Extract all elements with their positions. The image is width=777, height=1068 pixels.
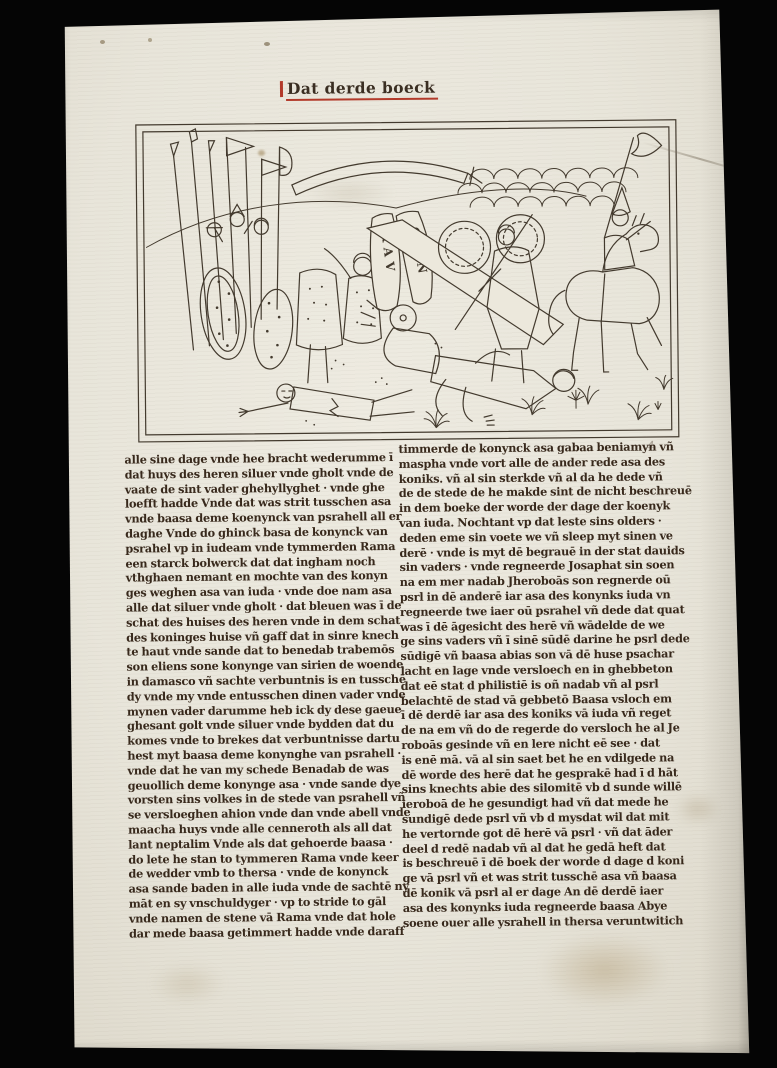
pennant-flag-icon — [262, 159, 286, 175]
page-heading-row: Dat derde boeck — [280, 78, 438, 102]
horse-head — [626, 224, 658, 251]
flag-icon — [631, 133, 661, 156]
fallen-soldier-left — [239, 383, 414, 422]
rubric-paragraph-mark — [280, 81, 283, 97]
woodcut-outer-border — [136, 120, 679, 442]
text-column-left: alle sine dage vnde hee bracht wederumme… — [124, 450, 395, 941]
left-soldiers — [206, 204, 268, 242]
flower-icon — [655, 401, 661, 409]
scan-background: Dat derde boeck — [0, 0, 777, 1068]
left-shields — [194, 264, 297, 372]
woodcut-battle-scene: KAV QWN — [133, 117, 681, 444]
halberd-head-icon — [280, 147, 293, 175]
print-block: Dat derde boeck — [50, 5, 757, 1064]
background-hills — [146, 188, 587, 247]
text-line: soene ouer alle ysrahell in thersa verun… — [403, 913, 671, 930]
text-line: dar mede baasa getimmert hadde vnde dara… — [129, 924, 395, 941]
pennant-flag-icon — [226, 137, 253, 155]
falling-soldier — [361, 300, 440, 375]
horse-body — [566, 267, 660, 324]
page-heading: Dat derde boeck — [286, 78, 438, 101]
fallen-soldier-right — [431, 351, 576, 426]
army-shield-wall — [458, 168, 638, 208]
manuscript-leaf: Dat derde boeck — [55, 8, 752, 1060]
text-column-right: timmerde de konynck asa gabaa beniamyn v… — [398, 439, 671, 930]
rider-head — [612, 210, 628, 226]
flower-icon — [568, 390, 584, 408]
ground-speckles — [305, 343, 444, 426]
spear-cluster — [170, 128, 293, 350]
falchion-sword-icon — [292, 160, 482, 195]
